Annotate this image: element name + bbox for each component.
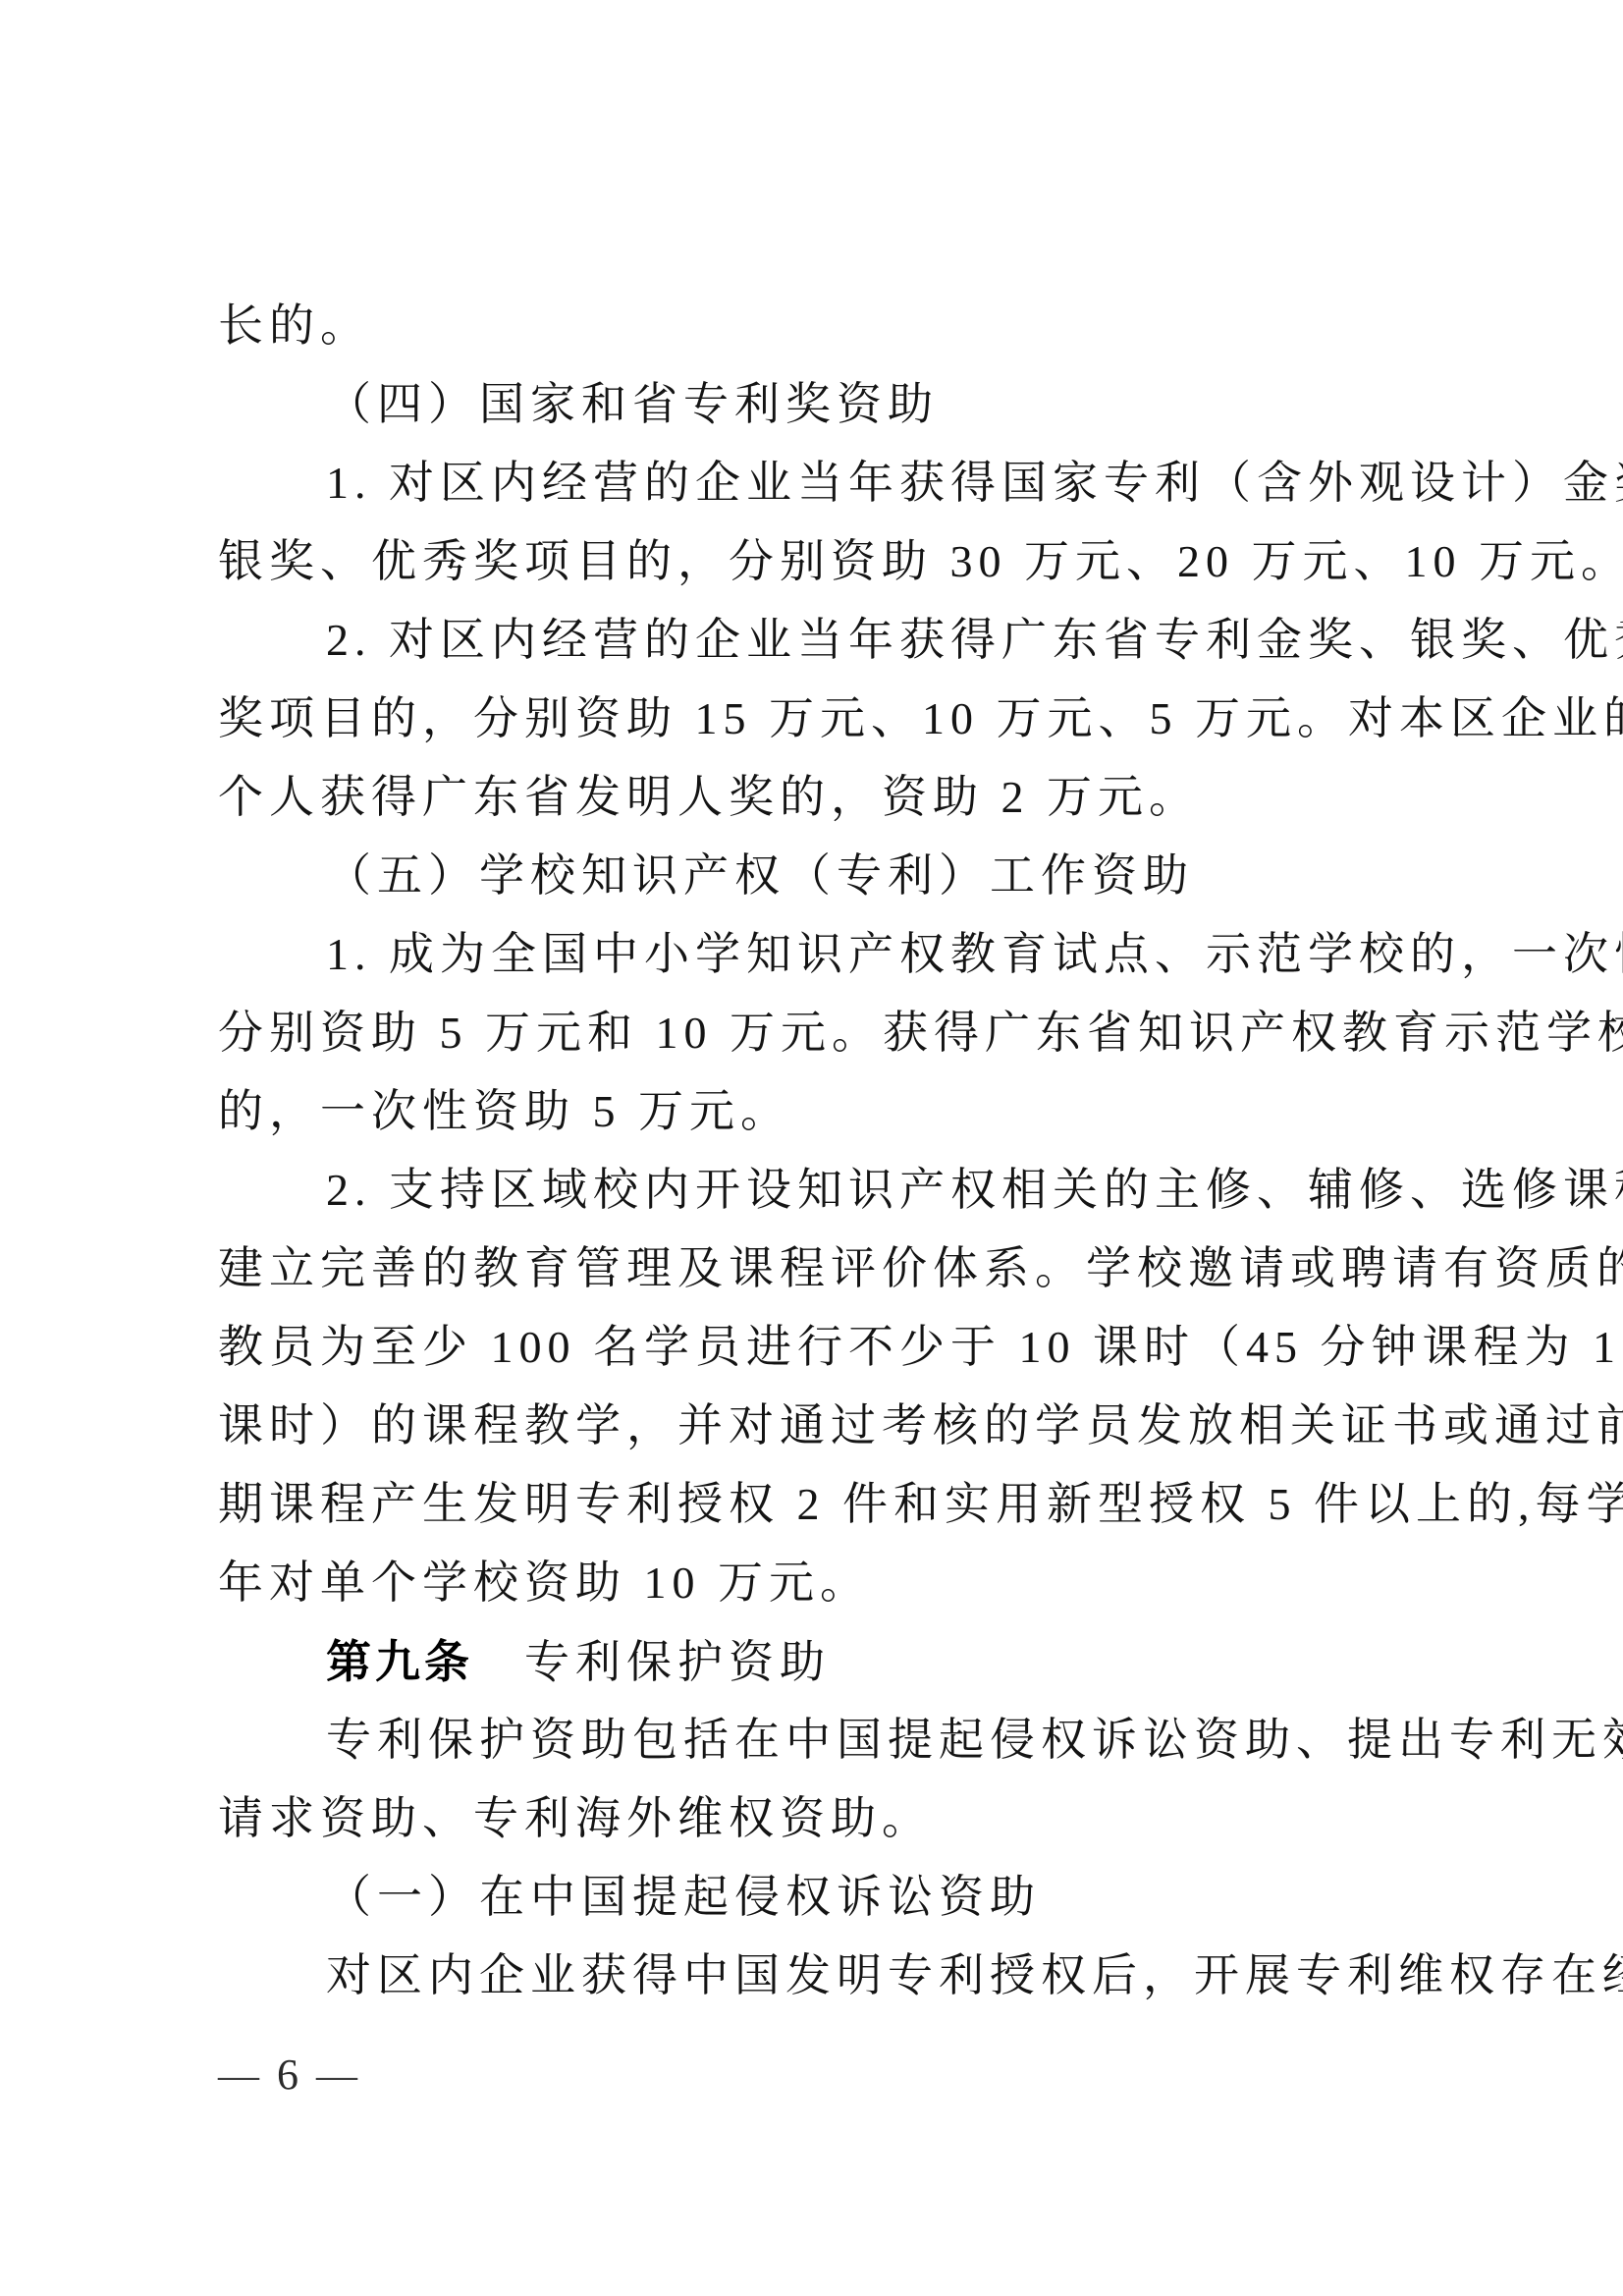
text-line: 的，一次性资助 5 万元。 (218, 1072, 1485, 1151)
text-line: 2. 支持区域校内开设知识产权相关的主修、辅修、选修课程， (218, 1151, 1485, 1230)
text-line: （四）国家和省专利奖资助 (218, 365, 1485, 444)
text-line: 第九条专利保护资助 (218, 1622, 1485, 1701)
text-line: 教员为至少 100 名学员进行不少于 10 课时（45 分钟课程为 1 个 (218, 1308, 1485, 1387)
text-line: （五）学校知识产权（专利）工作资助 (218, 837, 1485, 915)
text-line: 对区内企业获得中国发明专利授权后，开展专利维权存在经 (218, 1937, 1485, 2015)
document-page: 长的。（四）国家和省专利奖资助1. 对区内经营的企业当年获得国家专利（含外观设计… (0, 0, 1623, 2296)
text-line: 长的。 (218, 287, 1485, 365)
text-line: 1. 成为全国中小学知识产权教育试点、示范学校的，一次性 (218, 915, 1485, 994)
text-line: 奖项目的，分别资助 15 万元、10 万元、5 万元。对本区企业的 (218, 680, 1485, 758)
article-number-heading: 第九条 (326, 1636, 473, 1687)
text-line: 银奖、优秀奖项目的，分别资助 30 万元、20 万元、10 万元。 (218, 522, 1485, 601)
article-title: 专利保护资助 (524, 1637, 831, 1687)
text-line: 个人获得广东省发明人奖的，资助 2 万元。 (218, 758, 1485, 837)
text-line: 2. 对区内经营的企业当年获得广东省专利金奖、银奖、优秀 (218, 601, 1485, 680)
text-line: 期课程产生发明专利授权 2 件和实用新型授权 5 件以上的,每学 (218, 1465, 1485, 1544)
footer-right-dash: — (316, 2053, 357, 2099)
text-line: 专利保护资助包括在中国提起侵权诉讼资助、提出专利无效 (218, 1701, 1485, 1779)
page-number: 6 (277, 2046, 298, 2105)
text-line: 建立完善的教育管理及课程评价体系。学校邀请或聘请有资质的 (218, 1230, 1485, 1308)
page-footer: —6— (218, 2046, 357, 2105)
footer-left-dash: — (218, 2053, 259, 2099)
text-line: 分别资助 5 万元和 10 万元。获得广东省知识产权教育示范学校 (218, 994, 1485, 1072)
text-line: 课时）的课程教学，并对通过考核的学员发放相关证书或通过前 (218, 1387, 1485, 1465)
document-body-text: 长的。（四）国家和省专利奖资助1. 对区内经营的企业当年获得国家专利（含外观设计… (218, 287, 1485, 2015)
text-line: 请求资助、专利海外维权资助。 (218, 1779, 1485, 1858)
text-line: 1. 对区内经营的企业当年获得国家专利（含外观设计）金奖、 (218, 444, 1485, 522)
text-line: 年对单个学校资助 10 万元。 (218, 1544, 1485, 1622)
text-line: （一）在中国提起侵权诉讼资助 (218, 1858, 1485, 1937)
